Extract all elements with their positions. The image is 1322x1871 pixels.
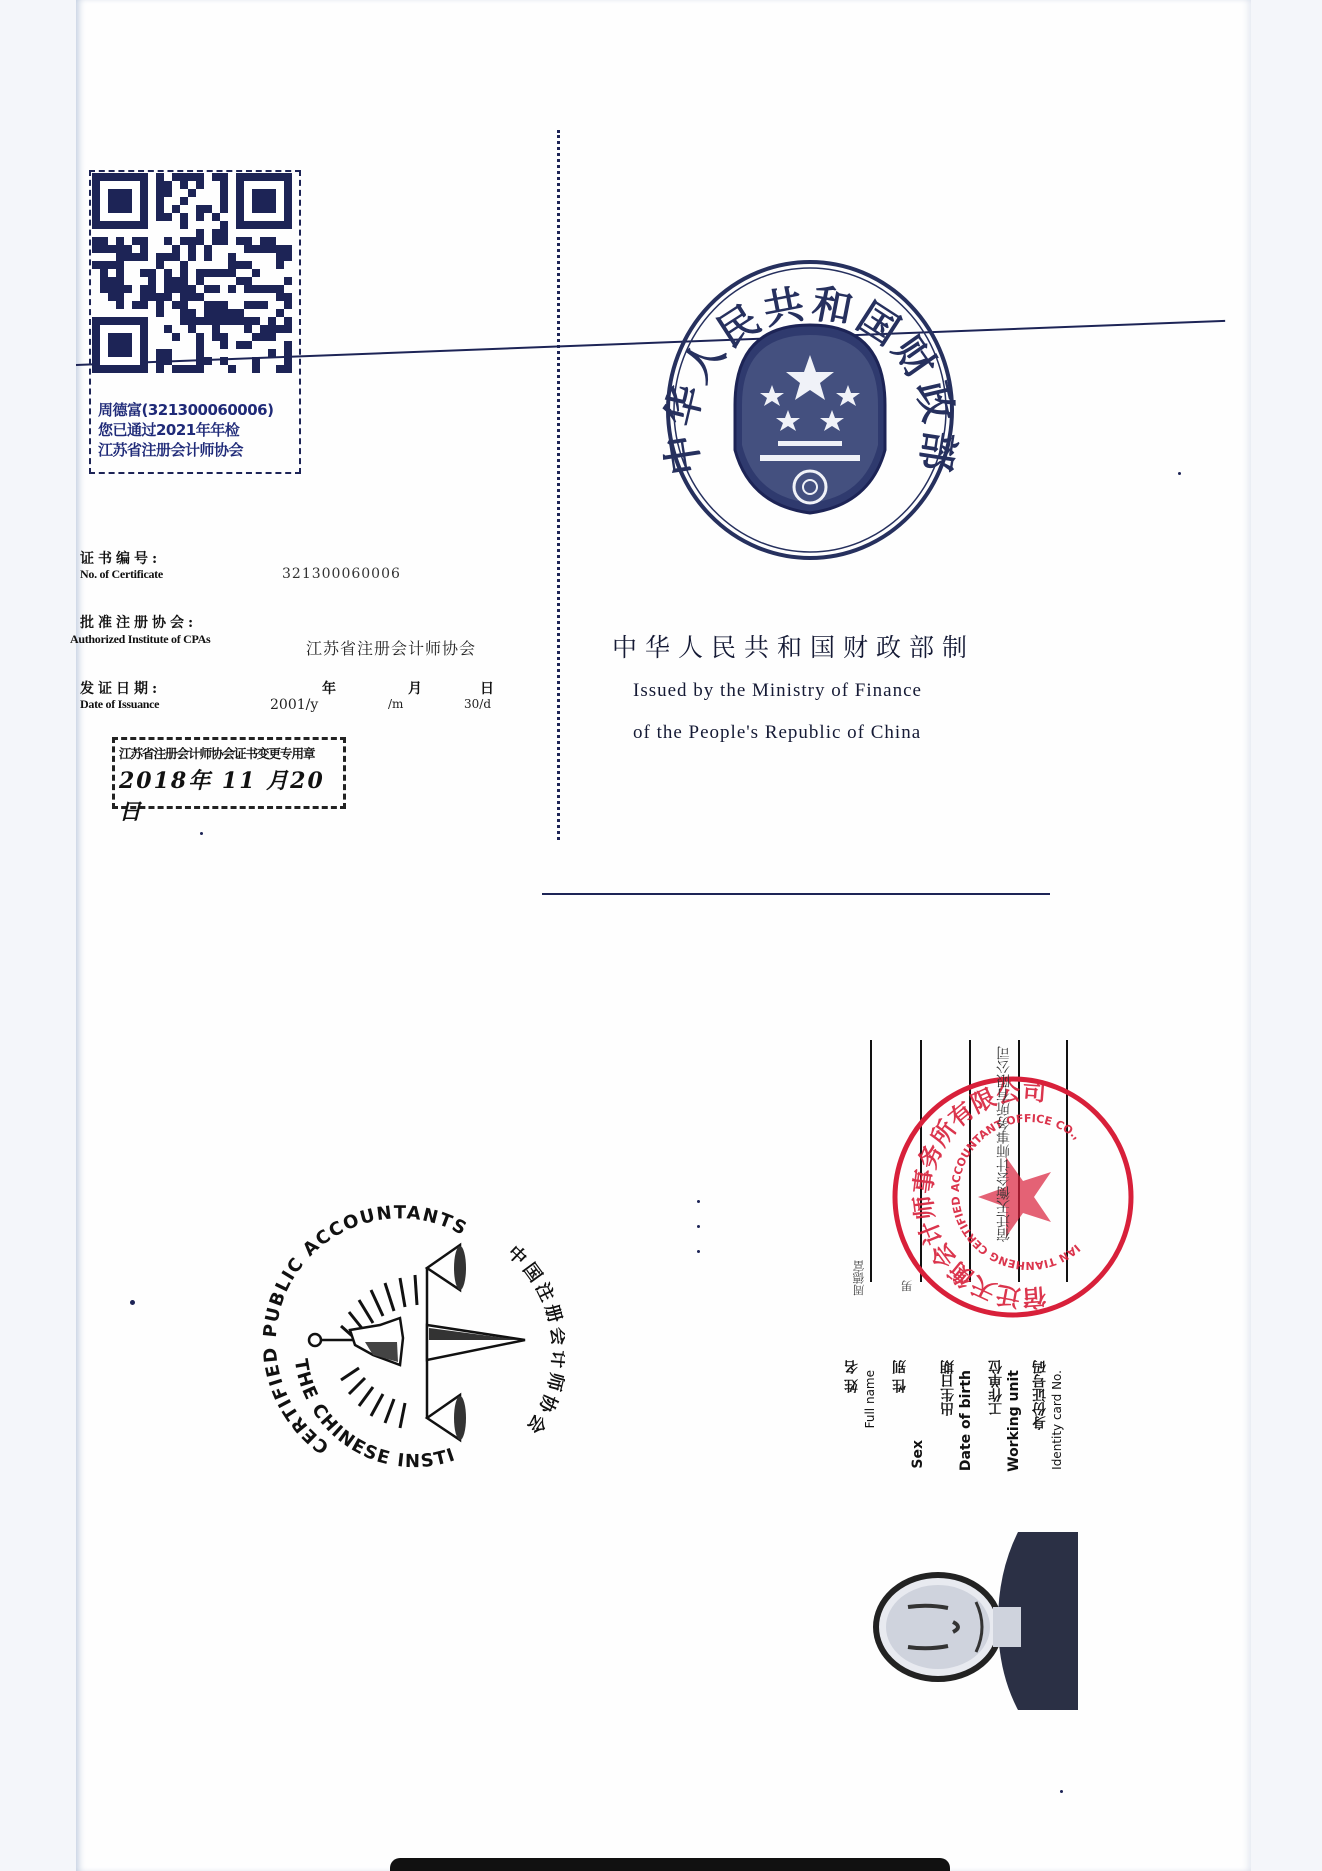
holder-photo [868, 1532, 1078, 1710]
institute-value: 江苏省注册会计师协会 [306, 636, 476, 659]
issue-day-value: 30/d [464, 697, 491, 711]
change-stamp: 江苏省注册会计师协会证书变更专用章 2018年 11 月20 日 [112, 737, 346, 809]
label-id-cn: 身份证号码 [1030, 1360, 1050, 1430]
day-unit: 日 [480, 678, 494, 698]
label-unit-cn: 工作单位 [986, 1360, 1006, 1416]
label-unit-en: Working unit [1006, 1370, 1022, 1472]
label-sex-cn: 性 别 [890, 1360, 910, 1393]
cicpa-logo-icon: CERTIFIED PUBLIC ACCOUNTANTS THE CHINESE… [255, 1190, 565, 1500]
value-working-unit: 宿迁天衡会计师事务所有限公司 [994, 1046, 1014, 1242]
cert-no-label-cn: 证书编号: [80, 548, 161, 568]
month-unit: 月 [408, 678, 422, 698]
annual-check-caption: 周德富(321300060006) 您已通过2021年年检 江苏省注册会计师协会 [98, 400, 298, 460]
ministry-seal-icon: 中华人民共和国财政部 [660, 255, 960, 565]
fold-dotted-line [557, 130, 560, 840]
cert-no-value: 321300060006 [282, 566, 401, 582]
annual-check-status: 您已通过2021年年检 [98, 420, 298, 440]
cert-no-label-en: No. of Certificate [80, 567, 163, 582]
scanner-edge [390, 1858, 950, 1871]
label-dob-cn: 出生日期 [938, 1360, 958, 1416]
issuer-line-en-1: Issued by the Ministry of Finance [633, 680, 922, 702]
change-stamp-title: 江苏省注册会计师协会证书变更专用章 [119, 744, 341, 762]
label-dob-en: Date of birth [958, 1370, 974, 1471]
label-sex-en: Sex [910, 1440, 926, 1469]
institute-name: 江苏省注册会计师协会 [98, 440, 298, 460]
label-name-cn: 姓 名 [842, 1360, 862, 1393]
issue-date-label-cn: 发证日期: [80, 678, 161, 698]
issue-month-value: /m [388, 697, 403, 711]
issuer-title-cn: 中华人民共和国财政部制 [612, 628, 975, 664]
year-unit: 年 [322, 678, 336, 698]
label-id-en: Identity card No. [1050, 1370, 1064, 1470]
change-stamp-date: 2018年 11 月20 日 [119, 764, 339, 826]
qr-code-icon [92, 173, 292, 373]
institute-label-cn: 批准注册协会: [80, 612, 197, 632]
holder-name-number: 周德富(321300060006) [98, 400, 298, 420]
page-rule [542, 893, 1050, 895]
value-sex: 男 [898, 1280, 915, 1292]
value-name: 周德富 [850, 1260, 867, 1296]
issue-date-label-en: Date of Issuance [80, 697, 159, 712]
issue-year-value: 2001/y [270, 697, 318, 713]
label-name-en: Full name [863, 1370, 877, 1428]
institute-label-en: Authorized Institute of CPAs [70, 632, 210, 647]
issuer-line-en-2: of the People's Republic of China [633, 722, 921, 744]
